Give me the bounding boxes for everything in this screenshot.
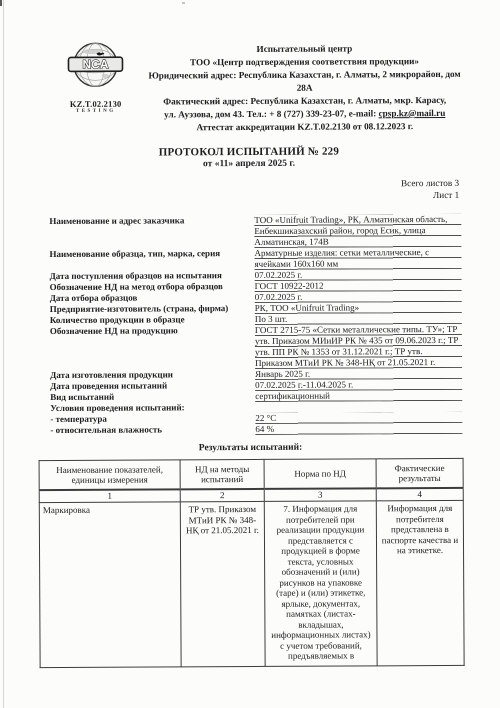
table-cell: 7. Информация для потребителей при реали…	[264, 501, 377, 667]
logo-acronym: NCA	[82, 57, 108, 71]
column-header: НД на методы испытаний	[180, 459, 264, 489]
logo-caption: TESTING	[49, 109, 143, 114]
nca-accreditation-logo: NCA KZ.T.02.2130 TESTING	[48, 41, 142, 135]
table-cell: Маркировка	[39, 502, 181, 668]
org-line-text: Юридический адрес: Республика Казахстан,…	[148, 69, 460, 93]
org-address-block: Испытательный центрТОО «Центр подтвержде…	[142, 39, 466, 135]
column-number: 1	[39, 489, 180, 502]
logo-accreditation-code: KZ.T.02.2130	[49, 99, 143, 109]
field-row: Обозначение НД на продукциюГОСТ 2715-75 …	[50, 324, 462, 370]
field-label: Обозначение НД на продукцию	[50, 325, 255, 370]
field-label: - относительная влажность	[50, 424, 255, 436]
field-row: Наименование и адрес заказчикаТОО «Unifr…	[49, 214, 461, 249]
field-value: ГОСТ 2715-75 «Сетки металлические типы. …	[255, 324, 462, 369]
email-address: cpsp.kz@mail.ru	[379, 108, 446, 118]
sheet-info: Всего листов 3 Лист 1	[0, 177, 499, 204]
column-number: 3	[264, 488, 376, 501]
org-line-text: Фактический адрес: Республика Казахстан,…	[163, 95, 446, 106]
table-cell: Информация для потребителя представлена …	[376, 500, 464, 665]
table-row: МаркировкаТР утв. Приказом МТиИ РК № 348…	[39, 500, 464, 667]
results-heading: Результаты испытаний:	[0, 442, 500, 455]
column-header: Норма по НД	[264, 459, 376, 489]
sheet-current: Лист 1	[0, 189, 459, 203]
column-header: Фактические результаты	[376, 458, 463, 488]
field-label: Наименование и адрес заказчика	[49, 215, 254, 249]
column-number: 4	[376, 488, 463, 501]
org-line-text: ул. Ауэзова, дом 43. Тел.: + 8 (727) 339…	[164, 108, 378, 119]
table-header-row: Наименование показателей, единицы измере…	[39, 458, 463, 490]
nca-ribbon: NCA	[68, 57, 122, 71]
document-sheet: NCA KZ.T.02.2130 TESTING Испытательный ц…	[0, 0, 500, 708]
column-number: 2	[180, 489, 264, 502]
table-cell: ТР утв. Приказом МТиИ РК № 348-НҚ от 21.…	[180, 501, 265, 666]
org-line-text: Испытательный центр	[257, 43, 353, 54]
scanned-test-protocol-page: NCA KZ.T.02.2130 TESTING Испытательный ц…	[0, 0, 500, 708]
org-line-text: Аттестат аккредитации KZ.T.02.2130 от 08…	[196, 121, 413, 132]
org-line: ул. Ауэзова, дом 43. Тел.: + 8 (727) 339…	[143, 107, 467, 122]
field-row: Наименование образца, тип, марка, серияА…	[49, 247, 461, 271]
protocol-date: от «11» апреля 2025 г.	[0, 158, 499, 171]
field-value: Арматурные изделия: сетки металлические,…	[254, 247, 461, 270]
field-label: Наименование образца, тип, марка, серия	[49, 248, 254, 271]
protocol-fields: Наименование и адрес заказчикаТОО «Unifr…	[49, 214, 462, 436]
field-value: ТОО «Unifruit Trading», РК, Алматинская …	[254, 214, 461, 248]
globe-icon: NCA	[65, 41, 125, 93]
protocol-title-block: ПРОТОКОЛ ИСПЫТАНИЙ № 229 от «11» апреля …	[0, 145, 499, 171]
results-table: Наименование показателей, единицы измере…	[39, 458, 465, 668]
org-line: Юридический адрес: Республика Казахстан,…	[143, 68, 467, 96]
field-row: - относительная влажность64 %	[50, 423, 462, 436]
org-line: Аттестат аккредитации KZ.T.02.2130 от 08…	[143, 120, 467, 135]
column-header: Наименование показателей, единицы измере…	[39, 460, 180, 490]
letterhead: NCA KZ.T.02.2130 TESTING Испытательный ц…	[0, 0, 499, 135]
field-value: 64 %	[255, 423, 462, 435]
org-line-text: ТОО «Центр подтверждения соответствия пр…	[190, 56, 419, 67]
